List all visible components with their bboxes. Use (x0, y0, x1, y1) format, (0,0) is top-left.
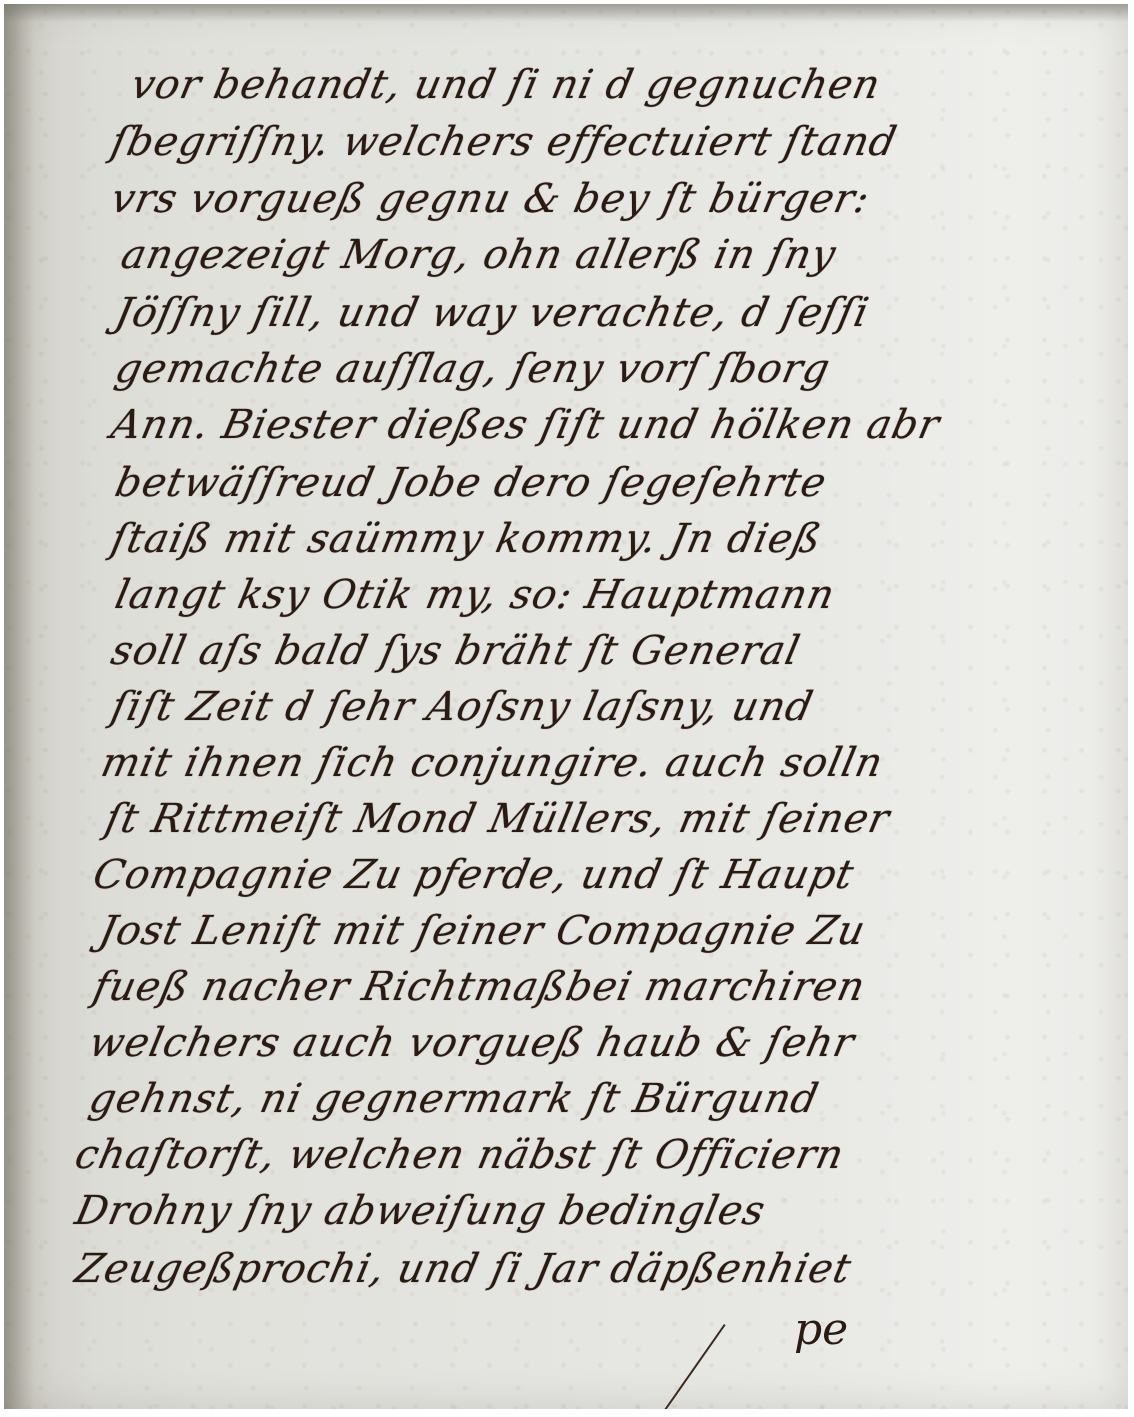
manuscript-line: Jost Leniſt mit ſeiner Compagnie Zu (95, 908, 870, 954)
manuscript-line: angezeigt Morg, ohn allerß in ſny (117, 232, 840, 278)
manuscript-line: betwäſſreud Jobe dero ſegeſehrte (111, 460, 831, 506)
manuscript-line: ſiſt Zeit d ſehr Aoſsny laſsny, und (107, 684, 817, 730)
manuscript-line: fueß nacher Richtmaßbei marchiren (89, 964, 870, 1010)
closing-mark: pe (794, 1304, 848, 1355)
manuscript-line: Zeugeßprochi, und ſi Jar däpßenhiet (71, 1246, 856, 1292)
manuscript-line: chaſtorſt, welchen näbst ſt Officiern (71, 1132, 848, 1178)
manuscript-line: Ann. Biester dießes ſiſt und hölken abr (107, 402, 944, 448)
manuscript-line: langt ksy Otik my, so: Hauptmann (111, 572, 839, 618)
manuscript-line: vor behandt, und ſi ni d gegnuchen (127, 62, 885, 108)
manuscript-line: ſt Rittmeiſt Mond Müllers, mit ſeiner (101, 796, 894, 842)
manuscript-line: mit ihnen ſich conjungire. auch solln (97, 740, 887, 786)
manuscript-line: soll aſs bald ſys bräht ſt General (107, 628, 804, 674)
manuscript-line: Compagnie Zu pferde, und ſt Haupt (89, 852, 858, 898)
manuscript-line: welchers auch vorgueß haub & ſehr (85, 1020, 859, 1066)
manuscript-line: Drohny ſny abweiſung bedingles (71, 1188, 770, 1234)
manuscript-line: ſtaiß mit saümmy kommy. Jn dieß (107, 516, 826, 562)
manuscript-page: vor behandt, und ſi ni d gegnuchen ſbegr… (4, 4, 1128, 1409)
manuscript-line: Jöſſny ſill, und way verachte, d ſeſſi (111, 290, 873, 336)
manuscript-line: ſbegriſſny. welchers effectuiert ſtand (107, 119, 901, 165)
manuscript-line: vrs vorgueß gegnu & bey ſt bürger: (107, 176, 874, 222)
manuscript-line: gemachte auſſlag, ſeny vorſ ſborg (111, 346, 834, 392)
manuscript-line: gehnst, ni gegnermark ſt Bürgund (85, 1076, 823, 1122)
handwritten-text-block: vor behandt, und ſi ni d gegnuchen ſbegr… (4, 4, 1128, 1409)
